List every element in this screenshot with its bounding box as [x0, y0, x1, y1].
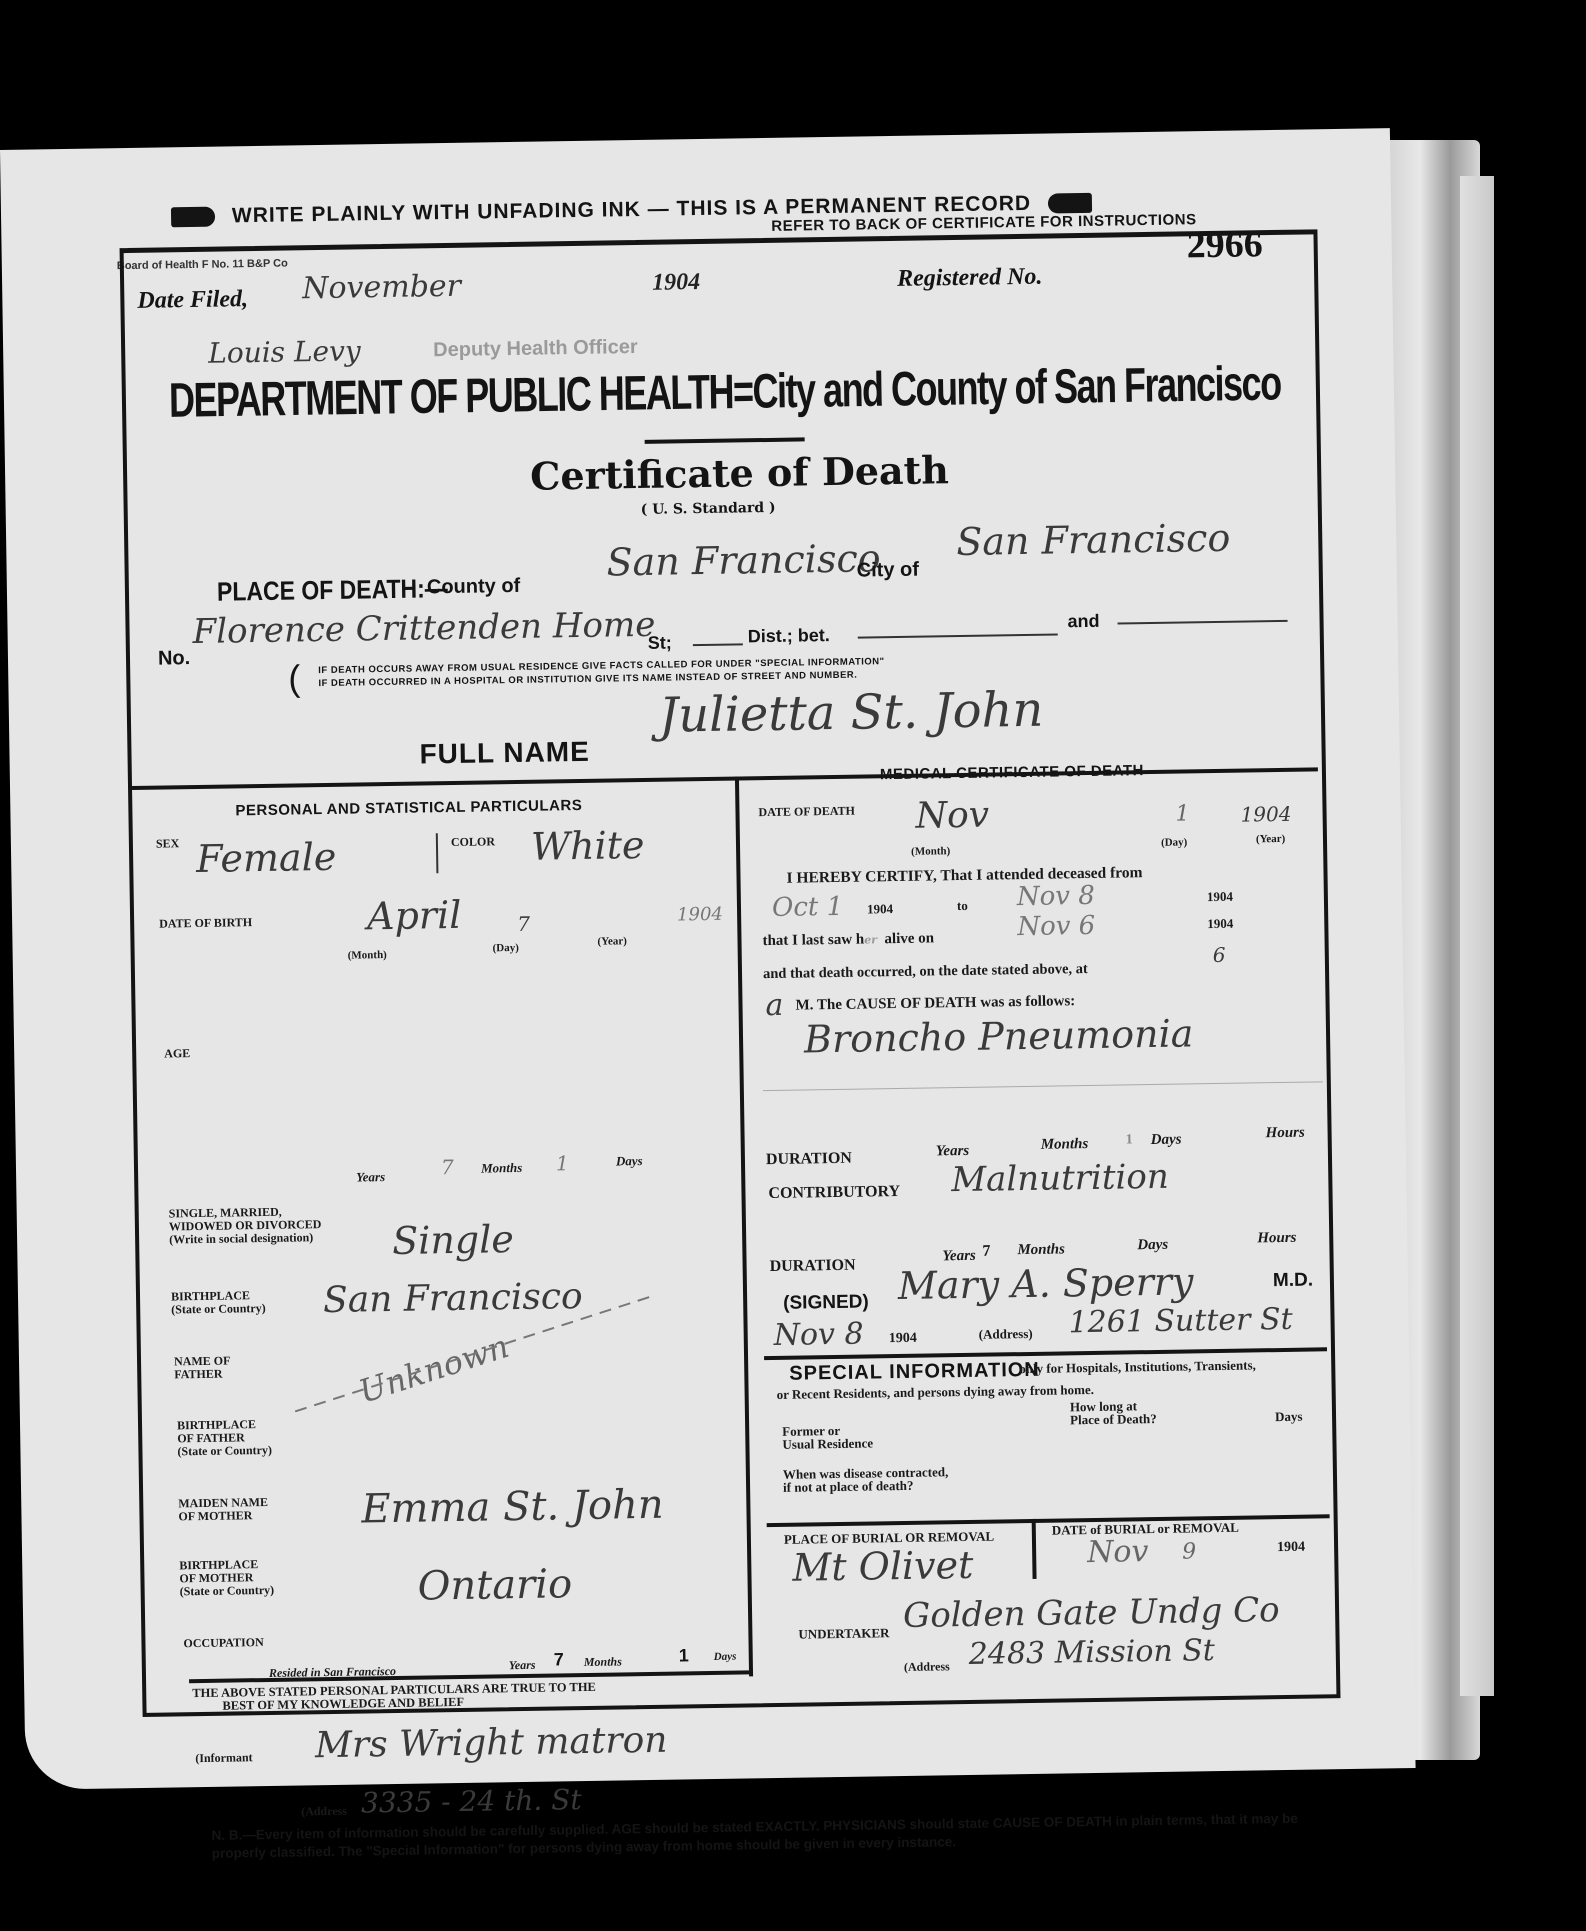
- age-days-label: Days: [616, 1153, 643, 1169]
- place-of-death-label: PLACE OF DEATH:—: [217, 573, 448, 608]
- duration-label: DURATION: [766, 1150, 852, 1169]
- resided-months: 7: [554, 1649, 564, 1670]
- full-name-label: FULL NAME: [419, 736, 590, 771]
- sex-label: SEX: [156, 837, 180, 850]
- cause-of-death-value: Broncho Pneumonia: [804, 1011, 1194, 1061]
- street-no-label: No.: [158, 647, 191, 671]
- father-birthplace-label: BIRTHPLACE OF FATHER (State or Country): [177, 1418, 272, 1458]
- physician-signature: Mary A. Sperry: [898, 1259, 1194, 1308]
- mother-name-value: Emma St. John: [361, 1482, 664, 1533]
- resided-days-label: Days: [714, 1651, 737, 1663]
- certificate-title: Certificate of Death: [530, 447, 949, 499]
- father-name-label: NAME OF FATHER: [174, 1355, 231, 1382]
- sex-value: Female: [196, 835, 337, 881]
- month-sublabel: (Month): [348, 949, 387, 963]
- former-residence-label: Former or Usual Residence: [782, 1423, 873, 1450]
- resided-days: 1: [679, 1645, 689, 1666]
- birthplace-value: San Francisco: [323, 1276, 583, 1321]
- how-long-days-label: Days: [1275, 1410, 1303, 1423]
- full-name-value: Julietta St. John: [659, 682, 1044, 744]
- days-label: Days: [1151, 1132, 1182, 1149]
- date-filed-month: November: [302, 269, 461, 306]
- undertaker-address-label: (Address: [904, 1660, 950, 1674]
- contributory-value: Malnutrition: [951, 1157, 1169, 1200]
- and-label: and: [1067, 611, 1099, 633]
- registered-no-label: Registered No.: [897, 264, 1043, 293]
- mother-birthplace-value: Ontario: [417, 1561, 572, 1609]
- occupation-label: OCCUPATION: [183, 1636, 263, 1650]
- dob-label: DATE OF BIRTH: [159, 916, 252, 930]
- to-label: to: [957, 898, 968, 914]
- undertaker-address-value: 2483 Mission St: [968, 1633, 1215, 1672]
- dob-year: 1904: [677, 904, 723, 926]
- marital-value: Single: [392, 1217, 514, 1263]
- certificate-subtitle: ( U. S. Standard ): [641, 500, 776, 518]
- district-label: Dist.; bet.: [748, 625, 830, 647]
- day-sublabel: (Day): [1161, 836, 1187, 849]
- pointing-hand-icon: [171, 207, 215, 228]
- hours-label: Hours: [1265, 1125, 1304, 1143]
- burial-date-day: 9: [1182, 1539, 1196, 1564]
- street-label: St;: [648, 633, 672, 654]
- year-sublabel: (Year): [1256, 833, 1286, 846]
- hours-label-2: Hours: [1257, 1230, 1296, 1248]
- md-label: M.D.: [1273, 1270, 1313, 1293]
- pointing-hand-icon: [1048, 193, 1092, 214]
- duration-label-2: DURATION: [769, 1257, 855, 1276]
- signed-date: Nov 8: [773, 1317, 863, 1353]
- paren-open: (: [288, 657, 301, 699]
- date-of-death-label: DATE OF DEATH: [758, 805, 855, 820]
- informant-address-value: 3335 - 24 th. St: [361, 1783, 582, 1819]
- last-saw-label: that I last saw her alive on: [762, 930, 934, 950]
- days-label-2: Days: [1137, 1237, 1168, 1254]
- special-info-subtitle-1: only for Hospitals, Institutions, Transi…: [1019, 1358, 1256, 1375]
- months-label-2: Months: [1017, 1241, 1065, 1259]
- age-label: AGE: [164, 1047, 190, 1060]
- burial-date-year: 1904: [1277, 1540, 1305, 1556]
- undertaker-label: UNDERTAKER: [798, 1626, 889, 1640]
- city-label: City of: [857, 559, 920, 583]
- signed-year: 1904: [889, 1331, 917, 1347]
- contracted-label: When was disease contracted, if not at p…: [783, 1465, 949, 1494]
- burial-date-month: Nov: [1087, 1534, 1149, 1570]
- last-saw-year: 1904: [1207, 916, 1233, 932]
- death-certificate: WRITE PLAINLY WITH UNFADING INK — THIS I…: [0, 128, 1416, 1790]
- informant-address-label: (Address: [301, 1805, 347, 1819]
- informant-value: Mrs Wright matron: [315, 1720, 668, 1767]
- informant-label: (Informant: [195, 1751, 253, 1765]
- undertaker-value: Golden Gate Undg Co: [903, 1590, 1280, 1636]
- marital-label: SINGLE, MARRIED, WIDOWED OR DIVORCED (Wr…: [169, 1205, 322, 1246]
- dob-day: 7: [517, 912, 530, 936]
- registered-number: 2966: [1186, 222, 1263, 267]
- physician-address-value: 1261 Sutter St: [1068, 1302, 1293, 1341]
- mother-name-label: MAIDEN NAME OF MOTHER: [178, 1496, 268, 1523]
- physician-address-label: (Address): [979, 1326, 1033, 1343]
- age-years-label: Years: [356, 1169, 385, 1185]
- age-months-label: Months: [481, 1160, 522, 1177]
- signed-label: (SIGNED): [783, 1291, 869, 1314]
- birthplace-label: BIRTHPLACE (State or Country): [171, 1289, 266, 1316]
- attended-to: Nov 8: [1017, 881, 1095, 912]
- age-days: 1: [556, 1151, 569, 1175]
- date-of-death-year: 1904: [1240, 802, 1291, 827]
- city-value: San Francisco: [956, 516, 1231, 564]
- year-sublabel: (Year): [597, 935, 627, 948]
- special-info-title: SPECIAL INFORMATION: [789, 1359, 1040, 1386]
- color-value: White: [531, 823, 645, 869]
- attended-from: Oct 1: [772, 892, 844, 923]
- resided-years-label: Years: [509, 1658, 536, 1673]
- street-no-value: Florence Crittenden Home: [192, 605, 655, 652]
- date-filed-year: 1904: [652, 269, 700, 297]
- county-label: County of: [427, 575, 521, 599]
- age-months: 7: [441, 1155, 454, 1179]
- how-long-label: How long at Place of Death?: [1070, 1399, 1157, 1426]
- date-of-death-day: 1: [1175, 801, 1189, 826]
- time-of-death: 6: [1213, 943, 1226, 967]
- months-label: Months: [1041, 1136, 1089, 1154]
- contributory-label: CONTRIBUTORY: [768, 1183, 900, 1203]
- ledger-page-edges-back: [1460, 176, 1494, 1696]
- attended-from-year: 1904: [867, 901, 893, 917]
- date-of-death-month: Nov: [915, 795, 989, 837]
- color-label: COLOR: [451, 835, 495, 849]
- mother-birthplace-label: BIRTHPLACE OF MOTHER (State or Country): [179, 1558, 274, 1598]
- month-sublabel: (Month): [911, 845, 950, 859]
- burial-place-value: Mt Olivet: [792, 1543, 974, 1590]
- years-label: Years: [936, 1143, 970, 1161]
- date-filed-label: Date Filed,: [137, 286, 248, 315]
- county-value: San Francisco: [606, 536, 881, 584]
- officer-title: Deputy Health Officer: [433, 336, 638, 362]
- duration-years-value: 7: [982, 1243, 990, 1261]
- attended-to-year: 1904: [1207, 889, 1233, 905]
- duration-months-value: 1: [1126, 1132, 1133, 1148]
- day-sublabel: (Day): [493, 942, 519, 955]
- dob-month: April: [367, 893, 462, 938]
- am-pm-value: a: [765, 988, 783, 1023]
- last-saw-date: Nov 6: [1017, 911, 1095, 942]
- resided-months-label: Months: [584, 1654, 622, 1670]
- officer-signature: Louis Levy: [208, 334, 361, 369]
